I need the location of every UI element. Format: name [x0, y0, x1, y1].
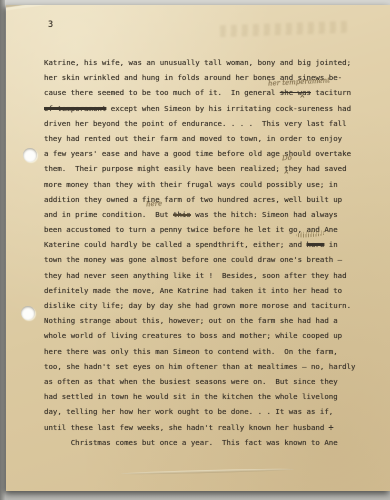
typed-text-segment: been accustomed to turn a penny twice be…	[44, 225, 338, 234]
struck-out-text: here	[307, 240, 325, 249]
typed-text-segment: definitely made the move, Ane Katrine ha…	[44, 286, 342, 295]
typed-text-segment: whole world of living creatures to boss …	[44, 331, 342, 340]
typed-line: been accustomed to turn a penny twice be…	[44, 222, 374, 237]
typed-text-segment: as often as that when the busiest season…	[44, 377, 338, 386]
proofing-caret: ^	[284, 171, 289, 178]
typed-line: Christmas comes but once a year. This fa…	[44, 435, 374, 450]
typed-text-segment: Nothing strange about this, however; out…	[44, 316, 338, 325]
typed-line: definitely made the move, Ane Katrine ha…	[44, 283, 374, 298]
typed-text-segment: more money than they with their frugal w…	[44, 180, 338, 189]
typed-text-segment: except when Simeon by his irritating coc…	[106, 104, 351, 113]
typed-text-segment: taciturn	[311, 88, 351, 97]
typed-line: Nothing strange about this, however; out…	[44, 313, 374, 328]
typed-line: they had rented out their farm and moved…	[44, 131, 374, 146]
typed-line: Katerine could hardly be called a spendt…	[44, 237, 374, 252]
typed-text-segment: they had never seen anything like it ! B…	[44, 271, 347, 280]
typed-text-segment: in	[324, 240, 337, 249]
typed-line: as often as that when the busiest season…	[44, 374, 374, 389]
typed-text-segment: day, telling her how her work ought to b…	[44, 407, 333, 416]
handwritten-mark-do: Do	[282, 155, 292, 163]
punch-hole-top	[23, 148, 37, 162]
typed-line: Katrine, his wife, was an unusually tall…	[44, 55, 374, 70]
struck-out-text: !	[329, 423, 333, 432]
typed-line: addition they owned a fine farm of two h…	[44, 192, 374, 207]
typed-text-segment: town the money was gone almost before on…	[44, 255, 342, 264]
struck-out-text: of temperament	[44, 104, 106, 113]
typed-text-segment: too, she hadn't set eyes on him oftener …	[44, 362, 355, 371]
typed-text-segment: Katrine, his wife, was an unusually tall…	[44, 58, 351, 67]
typed-line: them. Their purpose might easily have be…	[44, 161, 374, 176]
typed-text-segment: them. Their purpose might easily have be…	[44, 164, 347, 173]
typed-line: until these last few weeks, she hadn't r…	[44, 420, 374, 435]
scanned-manuscript-page: { "document": { "kind": "typewritten man…	[0, 0, 390, 500]
scan-background-edge	[0, 0, 5, 500]
typed-line: they had never seen anything like it ! B…	[44, 268, 374, 283]
punch-hole-bottom	[21, 306, 35, 320]
typed-text-segment: a few years' ease and have a good time b…	[44, 149, 351, 158]
typed-text-segment: they had rented out their farm and moved…	[44, 134, 342, 143]
paper-crease-bottom	[121, 468, 294, 476]
typed-text-segment: was the hitch: Simeon had always	[191, 210, 338, 219]
typed-text-segment: dislike city life; day by day she had gr…	[44, 301, 351, 310]
typed-text-segment: addition they owned a fine farm of two h…	[44, 195, 342, 204]
typed-text-segment: until these last few weeks, she hadn't r…	[44, 423, 329, 432]
typed-line: town the money was gone almost before on…	[44, 252, 374, 267]
typed-text-segment: had settled in town he would sit in the …	[44, 392, 338, 401]
typed-line: more money than they with their frugal w…	[44, 177, 374, 192]
typed-text-segment: here there was only this man Simeon to c…	[44, 347, 338, 356]
proofing-caret: ^	[300, 95, 305, 102]
typed-line: of temperament except when Simeon by his…	[44, 101, 374, 116]
typed-line: day, telling her how her work ought to b…	[44, 404, 374, 419]
typed-line: too, she hadn't set eyes on him oftener …	[44, 359, 374, 374]
typed-text-segment: cause there seemed to be too much of it.…	[44, 88, 280, 97]
typed-text-segment: Katerine could hardly be called a spendt…	[44, 240, 307, 249]
typed-line: and in prime condition. But this was the…	[44, 207, 374, 222]
typed-text-segment: and in prime condition. But	[44, 210, 173, 219]
page-number: 3	[48, 20, 53, 30]
typed-line: cause there seemed to be too much of it.…	[44, 85, 374, 100]
typed-line: driven her beyond the point of endurance…	[44, 116, 374, 131]
paper-crease-top-left	[6, 5, 126, 31]
handwritten-insertion-here: here	[146, 201, 162, 209]
struck-out-text: this	[173, 210, 191, 219]
faint-pencil-smudge	[220, 21, 350, 38]
typed-line: a few years' ease and have a good time b…	[44, 146, 374, 161]
typed-text-segment: driven her beyond the point of endurance…	[44, 119, 347, 128]
typed-line: had settled in town he would sit in the …	[44, 389, 374, 404]
struck-out-text: she was	[280, 88, 311, 97]
typed-line: here there was only this man Simeon to c…	[44, 344, 374, 359]
typed-text-block: Katrine, his wife, was an unusually tall…	[44, 55, 374, 450]
typed-line: whole world of living creatures to boss …	[44, 328, 374, 343]
typed-line: dislike city life; day by day she had gr…	[44, 298, 374, 313]
typed-text-segment: Christmas comes but once a year. This fa…	[44, 438, 338, 447]
